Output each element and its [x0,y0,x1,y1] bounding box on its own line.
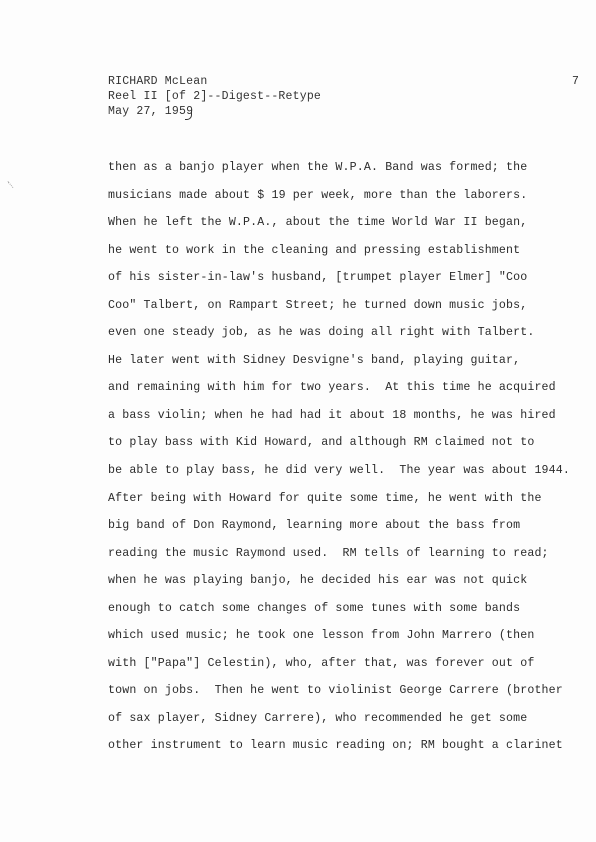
body-line: enough to catch some changes of some tun… [108,595,570,623]
page-number: 7 [572,74,579,89]
body-line: musicians made about $ 19 per week, more… [108,182,570,210]
body-line: After being with Howard for quite some t… [108,485,570,513]
body-line: be able to play bass, he did very well. … [108,457,570,485]
body-line: and remaining with him for two years. At… [108,374,570,402]
body-line: other instrument to learn music reading … [108,732,570,760]
reel-info: Reel II [of 2]--Digest--Retype [108,89,321,104]
body-line: He later went with Sidney Desvigne's ban… [108,347,570,375]
interview-date: May 27, 1959 [108,104,321,119]
body-line: when he was playing banjo, he decided hi… [108,567,570,595]
body-line: Coo" Talbert, on Rampart Street; he turn… [108,292,570,320]
body-line: of his sister-in-law's husband, [trumpet… [108,264,570,292]
body-text: then as a banjo player when the W.P.A. B… [108,154,570,760]
body-line: town on jobs. Then he went to violinist … [108,677,570,705]
body-line: then as a banjo player when the W.P.A. B… [108,154,570,182]
body-line: even one steady job, as he was doing all… [108,319,570,347]
body-line: which used music; he took one lesson fro… [108,622,570,650]
body-line: with ["Papa"] Celestin), who, after that… [108,650,570,678]
body-line: of sax player, Sidney Carrere), who reco… [108,705,570,733]
body-line: When he left the W.P.A., about the time … [108,209,570,237]
margin-smudge [7,176,19,188]
interviewee-name: RICHARD McLean [108,74,321,89]
document-page: RICHARD McLean Reel II [of 2]--Digest--R… [0,0,596,842]
body-line: he went to work in the cleaning and pres… [108,237,570,265]
body-line: a bass violin; when he had had it about … [108,402,570,430]
body-line: big band of Don Raymond, learning more a… [108,512,570,540]
document-header: RICHARD McLean Reel II [of 2]--Digest--R… [108,74,321,119]
body-line: to play bass with Kid Howard, and althou… [108,429,570,457]
body-line: reading the music Raymond used. RM tells… [108,540,570,568]
